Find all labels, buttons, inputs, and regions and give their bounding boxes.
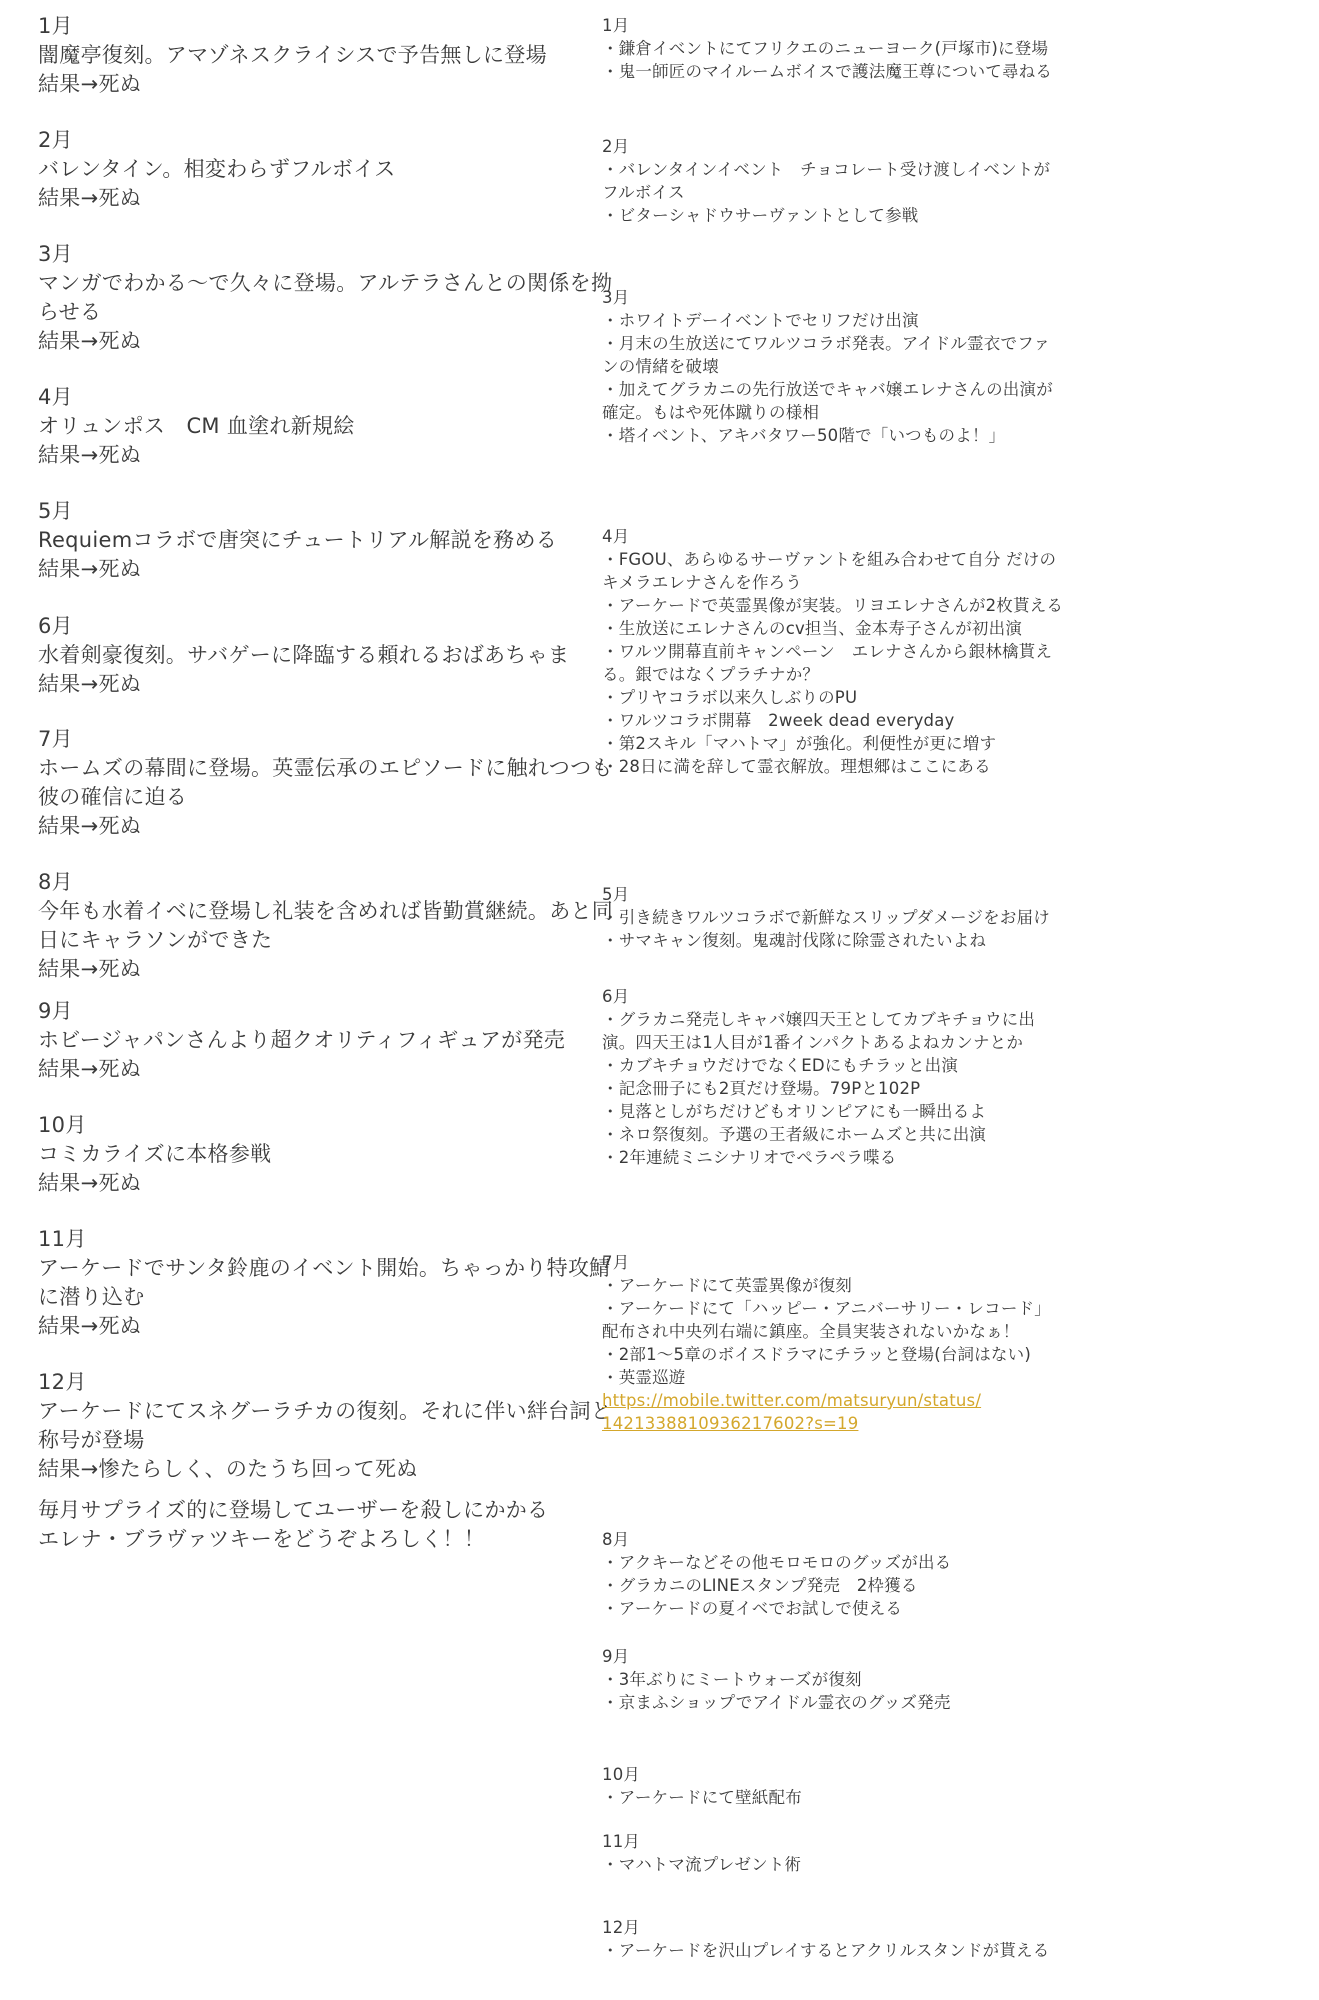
left-month-section: 4月オリュンポス CM 血塗れ新規絵結果→死ぬ	[38, 383, 678, 470]
month-heading: 2月	[602, 135, 1302, 158]
bullet-item: ・アーケードを沢山プレイするとアクリルスタンドが貰える	[602, 1939, 1302, 1962]
closing-message: 毎月サプライズ的に登場してユーザーを殺しにかかるエレナ・ブラヴァツキーをどうぞよ…	[38, 1496, 678, 1554]
month-heading: 3月	[602, 286, 1302, 309]
event-description: に潜り込む	[38, 1283, 678, 1312]
result-line: 結果→死ぬ	[38, 327, 678, 356]
right-month-section: 12月・アーケードを沢山プレイするとアクリルスタンドが貰える	[602, 1916, 1302, 1962]
bullet-item: 確定。もはや死体蹴りの様相	[602, 401, 1302, 424]
right-month-section: 3月・ホワイトデーイベントでセリフだけ出演・月末の生放送にてワルツコラボ発表。ア…	[602, 286, 1302, 447]
month-heading: 7月	[38, 725, 678, 754]
left-month-section: 10月コミカライズに本格参戦結果→死ぬ	[38, 1111, 678, 1198]
left-month-section: 5月 Requiemコラボで唐突にチュートリアル解説を務める結果→死ぬ	[38, 497, 678, 584]
bullet-item: ・記念冊子にも2頁だけ登場。79Pと102P	[602, 1077, 1302, 1100]
bullet-item: ・ネロ祭復刻。予選の王者級にホームズと共に出演	[602, 1123, 1302, 1146]
result-line: 結果→死ぬ	[38, 555, 678, 584]
bullet-item: ・28日に満を辞して霊衣解放。理想郷はここにある	[602, 755, 1302, 778]
left-month-section: 12月アーケードにてスネグーラチカの復刻。それに伴い絆台詞と称号が登場結果→惨た…	[38, 1368, 678, 1484]
bullet-item: ・マハトマ流プレゼント術	[602, 1853, 1302, 1876]
month-heading: 12月	[602, 1916, 1302, 1939]
event-description: 称号が登場	[38, 1426, 678, 1455]
left-month-section: 8月今年も水着イベに登場し礼装を含めれば皆勤賞継続。あと同日にキャラソンができた…	[38, 868, 678, 984]
bullet-item: ・ワルツ開幕直前キャンペーン エレナさんから銀林檎貰え	[602, 640, 1302, 663]
bullet-item: ・ワルツコラボ開幕 2week dead everyday	[602, 709, 1302, 732]
right-month-section: 6月・グラカニ発売しキャバ嬢四天王としてカブキチョウに出演。四天王は1人目が1番…	[602, 985, 1302, 1169]
bullet-item: 演。四天王は1人目が1番インパクトあるよねカンナとか	[602, 1031, 1302, 1054]
month-heading: 3月	[38, 240, 678, 269]
event-description: アーケードにてスネグーラチカの復刻。それに伴い絆台詞と	[38, 1397, 678, 1426]
bullet-item: ・アーケードにて壁紙配布	[602, 1786, 1302, 1809]
bullet-item: ・3年ぶりにミートウォーズが復刻	[602, 1668, 1302, 1691]
result-line: 結果→死ぬ	[38, 955, 678, 984]
month-heading: 8月	[602, 1528, 1302, 1551]
month-heading: 10月	[602, 1763, 1302, 1786]
month-heading: 4月	[602, 525, 1302, 548]
bullet-item: ・2部1〜5章のボイスドラマにチラッと登場(台詞はない)	[602, 1343, 1302, 1366]
bullet-item: ・グラカニのLINEスタンプ発売 2枠獲る	[602, 1574, 1302, 1597]
bullet-item: ・鬼一師匠のマイルームボイスで護法魔王尊について尋ねる	[602, 60, 1302, 83]
twitter-link[interactable]: https://mobile.twitter.com/matsuryun/sta…	[602, 1389, 1302, 1412]
twitter-link[interactable]: 1421338810936217602?s=19	[602, 1412, 1302, 1435]
bullet-item: ・グラカニ発売しキャバ嬢四天王としてカブキチョウに出	[602, 1008, 1302, 1031]
right-month-section: 2月・バレンタインイベント チョコレート受け渡しイベントがフルボイス・ビターシャ…	[602, 135, 1302, 227]
event-description: コミカライズに本格参戦	[38, 1140, 678, 1169]
bullet-item: ・見落としがちだけどもオリンピアにも一瞬出るよ	[602, 1100, 1302, 1123]
bullet-item: 配布され中央列右端に鎮座。全員実装されないかなぁ！	[602, 1320, 1302, 1343]
right-month-section: 8月・アクキーなどその他モロモロのグッズが出る・グラカニのLINEスタンプ発売 …	[602, 1528, 1302, 1620]
bullet-item: ・2年連続ミニシナリオでペラペラ喋る	[602, 1146, 1302, 1169]
left-month-section: 6月水着剣豪復刻。サバゲーに降臨する頼れるおばあちゃま結果→死ぬ	[38, 612, 678, 699]
event-description: Requiemコラボで唐突にチュートリアル解説を務める	[38, 526, 678, 555]
bullet-item: ・プリヤコラボ以来久しぶりのPU	[602, 686, 1302, 709]
month-heading: 2月	[38, 126, 678, 155]
bullet-item: ・ホワイトデーイベントでセリフだけ出演	[602, 309, 1302, 332]
event-description: アーケードでサンタ鈴鹿のイベント開始。ちゃっかり特攻鯖	[38, 1254, 678, 1283]
bullet-item: ・加えてグラカニの先行放送でキャバ嬢エレナさんの出演が	[602, 378, 1302, 401]
bullet-item: キメラエレナさんを作ろう	[602, 571, 1302, 594]
left-month-section: 1月闇魔亭復刻。アマゾネスクライシスで予告無しに登場結果→死ぬ	[38, 12, 678, 99]
event-description: オリュンポス CM 血塗れ新規絵	[38, 412, 678, 441]
right-month-section: 5月・引き続きワルツコラボで新鮮なスリップダメージをお届け・サマキャン復刻。鬼魂…	[602, 883, 1302, 952]
event-description: 水着剣豪復刻。サバゲーに降臨する頼れるおばあちゃま	[38, 641, 678, 670]
month-heading: 9月	[602, 1645, 1302, 1668]
month-heading: 9月	[38, 997, 678, 1026]
left-month-section: 11月アーケードでサンタ鈴鹿のイベント開始。ちゃっかり特攻鯖に潜り込む結果→死ぬ	[38, 1225, 678, 1341]
bullet-item: ・サマキャン復刻。鬼魂討伐隊に除霊されたいよね	[602, 929, 1302, 952]
right-month-section: 1月・鎌倉イベントにてフリクエのニューヨーク(戸塚市)に登場・鬼一師匠のマイルー…	[602, 14, 1302, 83]
right-month-section: 11月・マハトマ流プレゼント術	[602, 1830, 1302, 1876]
result-line: 結果→死ぬ	[38, 1169, 678, 1198]
bullet-item: ンの情緒を破壊	[602, 355, 1302, 378]
result-line: 結果→死ぬ	[38, 184, 678, 213]
right-month-section: 4月・FGOU、あらゆるサーヴァントを組み合わせて自分 だけのキメラエレナさんを…	[602, 525, 1302, 778]
left-month-section: 3月マンガでわかる〜で久々に登場。アルテラさんとの関係を拗らせる結果→死ぬ	[38, 240, 678, 356]
event-description: マンガでわかる〜で久々に登場。アルテラさんとの関係を拗	[38, 269, 678, 298]
bullet-item: ・アーケードにて英霊異像が復刻	[602, 1274, 1302, 1297]
bullet-item: ・京まふショップでアイドル霊衣のグッズ発売	[602, 1691, 1302, 1714]
left-month-section: 7月ホームズの幕間に登場。英霊伝承のエピソードに触れつつも彼の確信に迫る結果→死…	[38, 725, 678, 841]
result-line: 結果→死ぬ	[38, 441, 678, 470]
bullet-item: ・塔イベント、アキバタワー50階で「いつものよ！」	[602, 424, 1302, 447]
month-heading: 12月	[38, 1368, 678, 1397]
bullet-item: ・アクキーなどその他モロモロのグッズが出る	[602, 1551, 1302, 1574]
result-line: 結果→死ぬ	[38, 70, 678, 99]
month-heading: 8月	[38, 868, 678, 897]
bullet-item: ・月末の生放送にてワルツコラボ発表。アイドル霊衣でファ	[602, 332, 1302, 355]
month-heading: 6月	[602, 985, 1302, 1008]
month-heading: 11月	[602, 1830, 1302, 1853]
left-month-section: 2月バレンタイン。相変わらずフルボイス結果→死ぬ	[38, 126, 678, 213]
right-month-section: 9月・3年ぶりにミートウォーズが復刻・京まふショップでアイドル霊衣のグッズ発売	[602, 1645, 1302, 1714]
bullet-item: ・FGOU、あらゆるサーヴァントを組み合わせて自分 だけの	[602, 548, 1302, 571]
result-line: 結果→死ぬ	[38, 812, 678, 841]
month-heading: 11月	[38, 1225, 678, 1254]
bullet-item: ・カブキチョウだけでなくEDにもチラッと出演	[602, 1054, 1302, 1077]
event-description: ホビージャパンさんより超クオリティフィギュアが発売	[38, 1026, 678, 1055]
month-heading: 5月	[602, 883, 1302, 906]
closing-line: エレナ・ブラヴァツキーをどうぞよろしく！！	[38, 1525, 678, 1554]
result-line: 結果→惨たらしく、のたうち回って死ぬ	[38, 1455, 678, 1484]
month-heading: 6月	[38, 612, 678, 641]
result-line: 結果→死ぬ	[38, 1312, 678, 1341]
event-description: 彼の確信に迫る	[38, 783, 678, 812]
bullet-item: ・生放送にエレナさんのcv担当、金本寿子さんが初出演	[602, 617, 1302, 640]
month-heading: 7月	[602, 1251, 1302, 1274]
bullet-item: ・引き続きワルツコラボで新鮮なスリップダメージをお届け	[602, 906, 1302, 929]
event-description: 闇魔亭復刻。アマゾネスクライシスで予告無しに登場	[38, 41, 678, 70]
bullet-item: ・鎌倉イベントにてフリクエのニューヨーク(戸塚市)に登場	[602, 37, 1302, 60]
event-description: 今年も水着イベに登場し礼装を含めれば皆勤賞継続。あと同	[38, 897, 678, 926]
closing-line: 毎月サプライズ的に登場してユーザーを殺しにかかる	[38, 1496, 678, 1525]
result-line: 結果→死ぬ	[38, 1055, 678, 1084]
bullet-item: ・英霊巡遊	[602, 1366, 1302, 1389]
bullet-item: ・ビターシャドウサーヴァントとして参戦	[602, 204, 1302, 227]
event-description: ホームズの幕間に登場。英霊伝承のエピソードに触れつつも	[38, 754, 678, 783]
bullet-item: ・アーケードで英霊異像が実装。リヨエレナさんが2枚貰える	[602, 594, 1302, 617]
bullet-item: ・第2スキル「マハトマ」が強化。利便性が更に増す	[602, 732, 1302, 755]
bullet-item: フルボイス	[602, 181, 1302, 204]
bullet-item: ・バレンタインイベント チョコレート受け渡しイベントが	[602, 158, 1302, 181]
bullet-item: ・アーケードの夏イベでお試しで使える	[602, 1597, 1302, 1620]
bullet-item: ・アーケードにて「ハッピー・アニバーサリー・レコード」	[602, 1297, 1302, 1320]
result-line: 結果→死ぬ	[38, 670, 678, 699]
month-heading: 5月	[38, 497, 678, 526]
month-heading: 1月	[602, 14, 1302, 37]
event-description: らせる	[38, 298, 678, 327]
bullet-item: る。銀ではなくプラチナか？	[602, 663, 1302, 686]
month-heading: 1月	[38, 12, 678, 41]
right-month-section: 7月・アーケードにて英霊異像が復刻・アーケードにて「ハッピー・アニバーサリー・レ…	[602, 1251, 1302, 1435]
month-heading: 4月	[38, 383, 678, 412]
right-month-section: 10月・アーケードにて壁紙配布	[602, 1763, 1302, 1809]
month-heading: 10月	[38, 1111, 678, 1140]
event-description: バレンタイン。相変わらずフルボイス	[38, 155, 678, 184]
event-description: 日にキャラソンができた	[38, 926, 678, 955]
left-month-section: 9月ホビージャパンさんより超クオリティフィギュアが発売結果→死ぬ	[38, 997, 678, 1084]
